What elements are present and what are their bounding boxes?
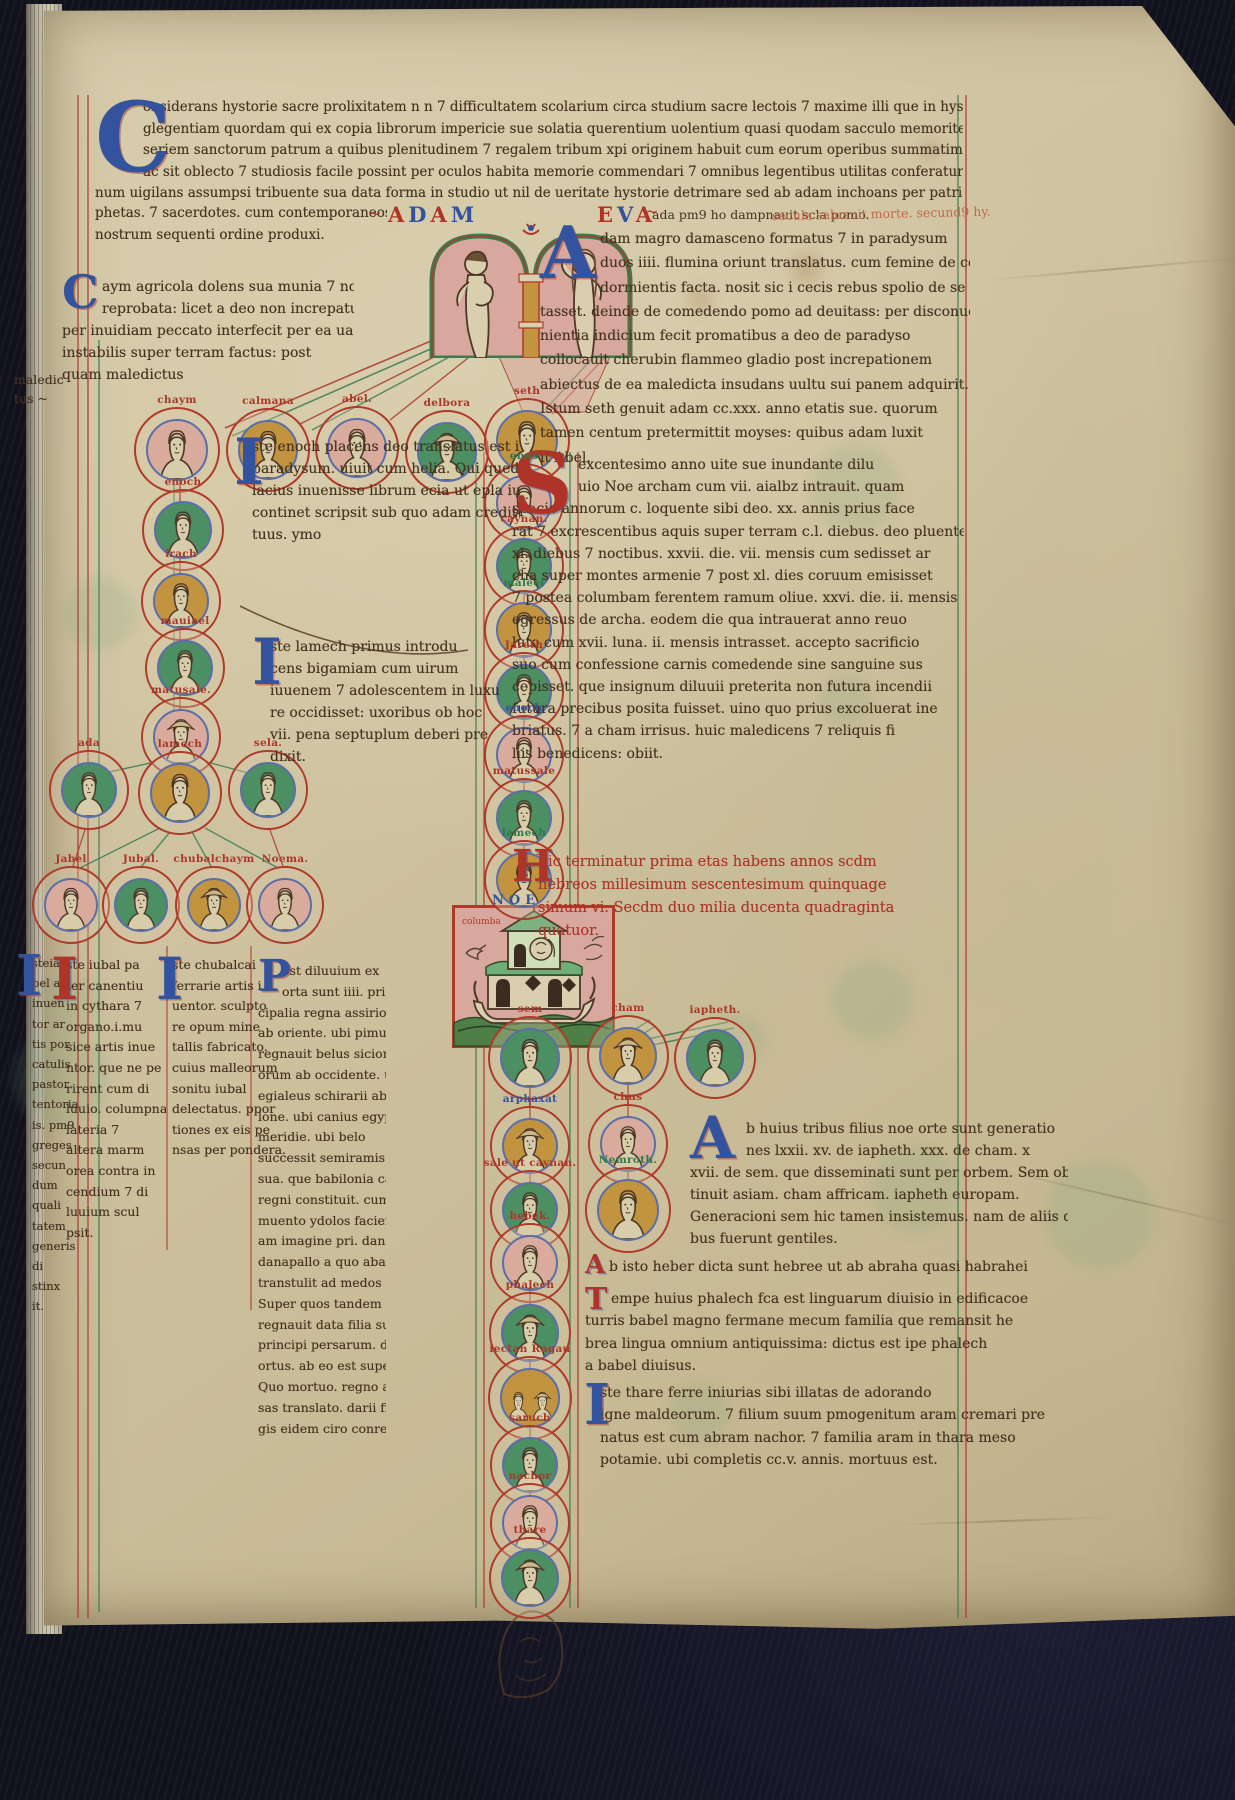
illuminated-initial: I xyxy=(51,953,78,1005)
roundel-lamech xyxy=(138,751,222,835)
roundel-name-label: chubalchaym xyxy=(173,853,254,865)
text-line: instabilis super terram factus: post xyxy=(62,342,354,364)
roundel-name-label: delbora xyxy=(424,397,471,409)
roundel-name-label: enos xyxy=(510,450,538,462)
roundel-name-label: Jabel xyxy=(55,853,86,865)
roundel-mauiael xyxy=(145,628,225,708)
text-line: cha super montes armenie 7 post xl. dies… xyxy=(512,565,964,587)
text-line: seriem sanctorum patrum a quibus plenitu… xyxy=(143,140,963,162)
portrait-bust-icon xyxy=(63,764,115,816)
text-line: regnauit data filia sua p xyxy=(258,1315,386,1336)
illuminated-initial: C xyxy=(95,95,171,181)
roundel-name-label: iapheth. xyxy=(690,1004,741,1016)
roundel-name-label: sale ut caynan. xyxy=(484,1157,577,1169)
text-line: in cythara 7 xyxy=(66,996,166,1017)
text-line: briatus. 7 a cham irrisus. huic maledice… xyxy=(512,720,964,742)
text-line: regnauit belus sicioni xyxy=(258,1044,386,1065)
roundel-sem xyxy=(488,1016,572,1100)
paragraph-ab-isto: Ab isto heber dicta sunt hebree ut ab ab… xyxy=(585,1256,1063,1278)
portrait-bust-icon xyxy=(148,421,206,479)
illuminated-initial: I xyxy=(234,434,264,492)
text-line: stinx xyxy=(32,1276,80,1296)
roundel-name-label: mauiael xyxy=(160,615,209,627)
roundel-nemroth xyxy=(585,1167,671,1253)
text-line: lacius inuenisse librum ecia ut epla iud… xyxy=(252,480,520,502)
text-line: tuus. ymo xyxy=(252,524,520,546)
roundel-hebek xyxy=(490,1223,570,1303)
text-line: bus fuerunt gentiles. xyxy=(690,1228,1068,1250)
text-line: transtulit ad medos cirtule xyxy=(258,1273,386,1294)
text-line: potamie. ubi completis cc.v. annis. mort… xyxy=(600,1449,1064,1471)
text-line: 7 postea columbam ferentem ramum oliue. … xyxy=(512,587,964,609)
text-line: cipalia regna assirior xyxy=(258,1003,386,1024)
text-line: Quo mortuo. regno ad per xyxy=(258,1377,386,1398)
text-line: b huius tribus filius noe orte sunt gene… xyxy=(746,1118,1068,1140)
roundel-jubal xyxy=(102,866,180,944)
paragraph-top-l6: phetas. 7 sacerdotes. cum contemporaneos… xyxy=(95,203,387,225)
portrait-bust-icon xyxy=(503,1551,557,1605)
text-line: igne maldeorum. 7 filium suum pmogenitum… xyxy=(600,1404,1064,1426)
text-line: hebreos millesimum sescentesimum quinqua… xyxy=(538,874,964,897)
text-line: dam magro damasceno formatus 7 in parady… xyxy=(600,227,970,251)
roundel-name-label: calmana xyxy=(242,395,294,407)
roundel-name-label: enoch xyxy=(506,702,543,714)
paragraph-ab-hiis: Ab huius tribus filius noe orte sunt gen… xyxy=(690,1118,1068,1250)
roundel-iapheth xyxy=(674,1017,756,1099)
illuminated-initial: C xyxy=(62,272,99,313)
text-line: ic terminatur prima etas habens annos sc… xyxy=(548,851,964,874)
text-line: duos iiii. flumina oriunt translatus. cu… xyxy=(600,251,970,275)
illuminated-initial: I xyxy=(156,953,183,1005)
paragraph-thare: Iste thare ferre iniurias sibi illatas d… xyxy=(600,1382,1064,1472)
text-line: aym agricola dolens sua munia 7 non frat… xyxy=(102,276,354,298)
text-line: Super quos tandem astiages xyxy=(258,1294,386,1315)
text-line: lone. ubi canius egyptior a xyxy=(258,1107,386,1128)
roundel-name-label: sela. xyxy=(254,737,283,749)
paragraph-lamech: Iste lamech primus introducens bigamiam … xyxy=(270,636,528,768)
roundel-thare xyxy=(489,1537,571,1619)
paragraph-top-l7: nostrum sequenti ordine produxi. xyxy=(95,225,395,247)
portrait-bust-icon xyxy=(152,765,208,821)
portrait-bust-icon xyxy=(260,880,310,930)
text-line: ntor. que ne pe xyxy=(66,1058,166,1079)
text-line: gis eidem ciro conregnauit xyxy=(258,1419,386,1440)
text-line: am imagine pri. dande sar xyxy=(258,1231,386,1252)
roundel-name-label: lamech xyxy=(502,827,546,839)
text-line: tus ~ xyxy=(14,389,68,408)
roundel-name-label: matusale. xyxy=(151,684,211,696)
roundel-noema xyxy=(246,866,324,944)
portrait-bust-icon xyxy=(46,880,96,930)
roundel-name-label: hebek. xyxy=(509,1210,550,1222)
text-line: continet scripsit sub quo adam creditur … xyxy=(252,502,520,524)
portrait-bust-icon xyxy=(502,1030,558,1086)
roundel-name-label: phalech xyxy=(506,1279,555,1291)
text-line: quam maledictus xyxy=(62,364,354,386)
text-line: reprobata: licet a deo non increpatus. f… xyxy=(102,298,354,320)
text-line: tasset. deinde de comedendo pomo ad deui… xyxy=(540,300,970,324)
roundel-name-label: arphaxat xyxy=(503,1093,557,1105)
text-line: egressus de archa. eodem die qua intraue… xyxy=(512,609,964,631)
illuminated-initial: A xyxy=(585,1254,605,1277)
roundel-name-label: abel. xyxy=(342,393,372,405)
text-line: ter canentiu xyxy=(66,976,166,997)
text-line: spacio annorum c. loquente sibi deo. xx.… xyxy=(512,498,964,520)
roundel-name-label: Jareth xyxy=(505,639,543,651)
text-line: re occidisset: uxoribus ob hoc xyxy=(270,702,528,724)
text-line: empe huius phalech fca est linguarum diu… xyxy=(611,1288,1063,1310)
text-line: paradysum. uiuit cum helia. Qui quedam xyxy=(252,458,520,480)
illuminated-initial: T xyxy=(585,1286,607,1313)
roundel-name-label: chus xyxy=(614,1091,643,1103)
text-line: simum vi. Secdm duo milia ducenta quadra… xyxy=(538,897,964,920)
roundel-name-label: Noema. xyxy=(262,853,309,865)
portrait-bust-icon xyxy=(599,1181,657,1239)
paragraph-top: Considerans hystorie sacre prolixitatem … xyxy=(95,97,963,205)
roundel-name-label: thare xyxy=(514,1524,547,1536)
text-line: num uigilans assumpsi tribuente sua data… xyxy=(95,183,963,205)
illuminated-initial: A xyxy=(690,1112,735,1164)
text-line: di xyxy=(32,1256,80,1276)
red-flourish-icon: ~ xyxy=(368,204,381,223)
text-line: glegentiam quordam qui ex copia librorum… xyxy=(143,119,963,141)
paragraph-caym: Caym agricola dolens sua munia 7 non fra… xyxy=(62,276,354,386)
text-line: excentesimo anno uite sue inundante dilu xyxy=(578,454,964,476)
text-line: luuium scul xyxy=(66,1202,166,1223)
roundel-name-label: nachor xyxy=(509,1470,552,1482)
text-line: luuio. columpna xyxy=(66,1099,166,1120)
noe-label: NOE xyxy=(492,893,540,908)
text-line: ab oriente. ubi pimus xyxy=(258,1023,386,1044)
text-line: orta sunt iiii. pri xyxy=(282,982,386,1003)
text-line: natus est cum abram nachor. 7 familia ar… xyxy=(600,1427,1064,1449)
text-line: dixit. xyxy=(270,746,528,768)
text-line: rirent cum di xyxy=(66,1079,166,1100)
portrait-bust-icon xyxy=(116,880,166,930)
roundel-name-label: sem xyxy=(518,1003,543,1015)
text-line: abiectus de ea maledicta insudans uultu … xyxy=(540,373,970,397)
text-line: orum ab occidente. u xyxy=(258,1065,386,1086)
roundel-name-label: lamech xyxy=(158,738,202,750)
text-line: psit. xyxy=(66,1223,166,1244)
roundel-name-label: enoch xyxy=(165,476,202,488)
text-line: cens bigamiam cum uirum xyxy=(270,658,528,680)
text-line: rat 7 excrescentibus aquis super terram … xyxy=(512,521,964,543)
text-line: altera marm xyxy=(66,1140,166,1161)
text-line: it. xyxy=(32,1296,80,1316)
text-line: lateria 7 xyxy=(66,1120,166,1141)
text-line: nes lxxii. xv. de iapheth. xxx. de cham.… xyxy=(746,1140,1068,1162)
text-line: suo cum confessione carnis comedende sin… xyxy=(512,654,964,676)
portrait-bust-icon xyxy=(601,1029,655,1083)
verdigris-stain xyxy=(832,960,912,1040)
paragraph-tempore: Tempe huius phalech fca est linguarum di… xyxy=(585,1288,1063,1378)
illuminated-initial: H xyxy=(512,847,554,887)
text-line: ortus. ab eo est superatus. xyxy=(258,1356,386,1377)
illuminated-initial: P xyxy=(258,957,291,997)
roundel-name-label: seth xyxy=(514,385,540,397)
text-line: brea lingua omnium antiquissima: dictus … xyxy=(585,1333,1063,1355)
paragraph-adam: Adam magro damasceno formatus 7 in parad… xyxy=(540,227,970,470)
text-line: nostrum sequenti ordine produxi. xyxy=(95,225,395,247)
verdigris-stain xyxy=(64,578,136,650)
text-line: phetas. 7 sacerdotes. cum contemporaneos… xyxy=(95,203,387,225)
text-line: per inuidiam peccato interfecit per ea u… xyxy=(62,320,354,342)
paragraph-jubal: Iste iubal pater canentiuin cythara 7org… xyxy=(66,955,166,1243)
paragraph-rubric: Hic terminatur prima etas habens annos s… xyxy=(512,851,964,943)
text-line: futura precibus posita fuisset. uino quo… xyxy=(512,698,964,720)
text-line: regni constituit. cum mur xyxy=(258,1190,386,1211)
roundel-jabel xyxy=(32,866,110,944)
roundel-ada xyxy=(49,750,129,830)
illuminated-initial: I xyxy=(252,634,282,692)
roundel-name-label: maleel xyxy=(503,577,544,589)
roundel-name-label: chaym xyxy=(157,394,197,406)
text-line: xl. diebus 7 noctibus. xxvii. die. vii. … xyxy=(512,543,964,565)
illuminated-initial: I xyxy=(584,1380,610,1430)
portrait-bust-icon xyxy=(189,880,239,930)
paragraph-maledictus: maledictus ~ xyxy=(14,370,68,408)
text-line: muento ydolos faciens su xyxy=(258,1211,386,1232)
text-line: luto cum xvii. luna. ii. mensis intrasse… xyxy=(512,632,964,654)
roundel-name-label: cham xyxy=(611,1002,644,1014)
roundel-name-label: Jubal. xyxy=(123,853,159,865)
text-line: collocauit cherubin flammeo gladio post … xyxy=(540,348,970,372)
roundel-name-label: irach xyxy=(165,548,197,560)
columba-caption: columba xyxy=(462,917,501,927)
text-line: xvii. de sem. que disseminati sunt per o… xyxy=(690,1162,1068,1184)
text-line: uio Noe archam cum vii. aialbz intrauit.… xyxy=(578,476,964,498)
text-line: onsiderans hystorie sacre prolixitatem n… xyxy=(143,97,963,119)
text-line: successit semiramis uxor xyxy=(258,1148,386,1169)
roundel-name-label: Nemroth. xyxy=(599,1154,657,1166)
text-line: b isto heber dicta sunt hebree ut ab abr… xyxy=(609,1256,1063,1278)
text-line: ste enoch placens deo translatus est in xyxy=(252,436,520,458)
text-line: ste iubal pa xyxy=(66,955,166,976)
text-line: nientia indicium fecit promatibus a deo … xyxy=(540,324,970,348)
text-line: sas translato. darii filia astia xyxy=(258,1398,386,1419)
roundel-cham xyxy=(587,1015,669,1097)
portrait-bust-icon xyxy=(242,764,294,816)
paragraph-noah: Sexcentesimo anno uite sue inundante dil… xyxy=(512,454,964,765)
text-line: Istum seth genuit adam cc.xxx. anno etat… xyxy=(540,397,970,421)
adam-label: ADAM xyxy=(388,202,478,227)
roundel-name-label: saruch xyxy=(509,1412,551,1424)
text-line: tamen centum pretermittit moyses: quibus… xyxy=(540,421,970,445)
text-line: vii. pena septuplum deberi pre xyxy=(270,724,528,746)
paragraph-post-diluvium: Post diluuium exorta sunt iiii. pricipal… xyxy=(258,961,386,1439)
roundel-name-label: caynan. xyxy=(500,513,547,525)
paragraph-enoch: Iste enoch placens deo translatus est in… xyxy=(252,436,520,546)
text-line: ac sit oblecto 7 studiosis facile possin… xyxy=(143,162,963,184)
text-line: maledic xyxy=(14,370,68,389)
text-line: a babel diuisus. xyxy=(585,1355,1063,1377)
roundel-name-label: iectan Ragau xyxy=(489,1343,570,1355)
text-line: dormientis facta. nosit sic i cecis rebu… xyxy=(600,276,970,300)
text-line: tinuit asiam. cham affricam. iapheth eur… xyxy=(690,1184,1068,1206)
illuminated-initial: I xyxy=(16,951,42,1001)
text-line: cepisset. que insignum diluuii preterita… xyxy=(512,676,964,698)
text-line: quatuor. xyxy=(538,920,964,943)
text-line: Generacioni sem hic tamen insistemus. na… xyxy=(690,1206,1068,1228)
illuminated-initial: A xyxy=(540,221,596,286)
roundel-chubalchaym xyxy=(175,866,253,944)
text-line: ste lamech primus introdu xyxy=(270,636,528,658)
text-line: sua. que babilonia capto xyxy=(258,1169,386,1190)
text-line: egialeus schirarii ab aqui xyxy=(258,1086,386,1107)
roundel-name-label: ada xyxy=(78,737,100,749)
text-line: organo.i.mu xyxy=(66,1017,166,1038)
portrait-bust-icon xyxy=(688,1031,742,1085)
text-line: ste thare ferre iniurias sibi illatas de… xyxy=(600,1382,1064,1404)
text-line: cendium 7 di xyxy=(66,1182,166,1203)
roundel-name-label: matussale xyxy=(493,765,555,777)
manuscript-photo: ADAM EVA ~ ~ ada pm9 ho dampnauit scla p… xyxy=(0,0,1235,1800)
text-line: turris babel magno fermane mecum familia… xyxy=(585,1310,1063,1332)
text-line: ost diluuium ex xyxy=(282,961,386,982)
text-line: danapallo a quo abaces regnum xyxy=(258,1252,386,1273)
text-line: principi persarum. de quo cir xyxy=(258,1335,386,1356)
text-line: orea contra in xyxy=(66,1161,166,1182)
text-line: meridie. ubi belo xyxy=(258,1127,386,1148)
text-line: sice artis inue xyxy=(66,1037,166,1058)
text-line: iuuenem 7 adolescentem in luxu xyxy=(270,680,528,702)
text-line: liis benedicens: obiit. xyxy=(512,743,964,765)
